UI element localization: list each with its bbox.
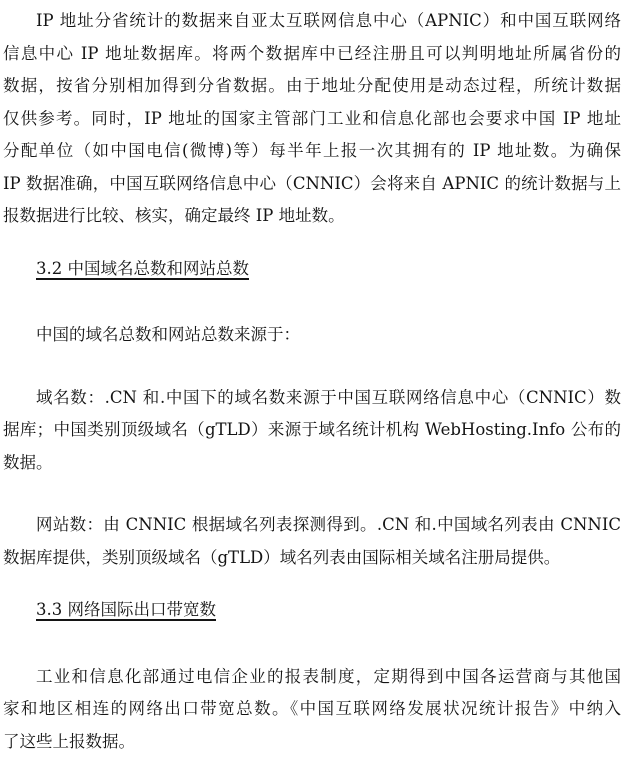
text-line: 网站数：由 CNNIC 根据域名列表探测得到。.CN 和.中国域名列表由 CNN… <box>3 509 621 542</box>
paragraph: IP 地址分省统计的数据来自亚太互联网信息中心（APNIC）和中国互联网络信息中… <box>3 5 621 233</box>
text-line: 工业和信息化部通过电信企业的报表制度，定期得到中国各运营商与其他国 <box>3 661 621 694</box>
text-line: 数据库提供，类别顶级域名（gTLD）域名列表由国际相关域名注册局提供。 <box>3 542 621 575</box>
paragraph: 域名数：.CN 和.中国下的域名数来源于中国互联网络信息中心（CNNIC）数据库… <box>3 382 621 480</box>
text-line: 仅供参考。同时，IP 地址的国家主管部门工业和信息化部也会要求中国 IP 地址 <box>3 103 621 136</box>
text-line: 信息中心 IP 地址数据库。将两个数据库中已经注册且可以判明地址所属省份的 <box>3 38 621 71</box>
text-line: 家和地区相连的网络出口带宽总数。《中国互联网络发展状况统计报告》中纳入 <box>3 693 621 726</box>
paragraph: 中国的域名总数和网站总数来源于： <box>3 319 621 352</box>
paragraph: 网站数：由 CNNIC 根据域名列表探测得到。.CN 和.中国域名列表由 CNN… <box>3 509 621 574</box>
text-line: 了这些上报数据。 <box>3 726 621 757</box>
heading-text: 3.3 网络国际出口带宽数 <box>3 594 621 627</box>
document-body: IP 地址分省统计的数据来自亚太互联网信息中心（APNIC）和中国互联网络信息中… <box>3 5 621 757</box>
text-line: 数据，按省分别相加得到分省数据。由于地址分配使用是动态过程，所统计数据 <box>3 70 621 103</box>
heading-text: 3.2 中国域名总数和网站总数 <box>3 253 621 286</box>
document-page: IP 地址分省统计的数据来自亚太互联网信息中心（APNIC）和中国互联网络信息中… <box>0 0 624 757</box>
text-line: 域名数：.CN 和.中国下的域名数来源于中国互联网络信息中心（CNNIC）数 <box>3 382 621 415</box>
text-line: 报数据进行比较、核实，确定最终 IP 地址数。 <box>3 200 621 233</box>
text-line: IP 数据准确，中国互联网络信息中心（CNNIC）会将来自 APNIC 的统计数… <box>3 168 621 201</box>
text-line: IP 地址分省统计的数据来自亚太互联网信息中心（APNIC）和中国互联网络 <box>3 5 621 38</box>
text-line: 分配单位（如中国电信(微博)等）每半年上报一次其拥有的 IP 地址数。为确保 <box>3 135 621 168</box>
section-heading: 3.3 网络国际出口带宽数 <box>3 594 621 627</box>
paragraph: 工业和信息化部通过电信企业的报表制度，定期得到中国各运营商与其他国家和地区相连的… <box>3 661 621 757</box>
text-line: 数据。 <box>3 447 621 480</box>
text-line: 据库；中国类别顶级域名（gTLD）来源于域名统计机构 WebHosting.In… <box>3 414 621 447</box>
section-heading: 3.2 中国域名总数和网站总数 <box>3 253 621 286</box>
text-line: 中国的域名总数和网站总数来源于： <box>3 319 621 352</box>
